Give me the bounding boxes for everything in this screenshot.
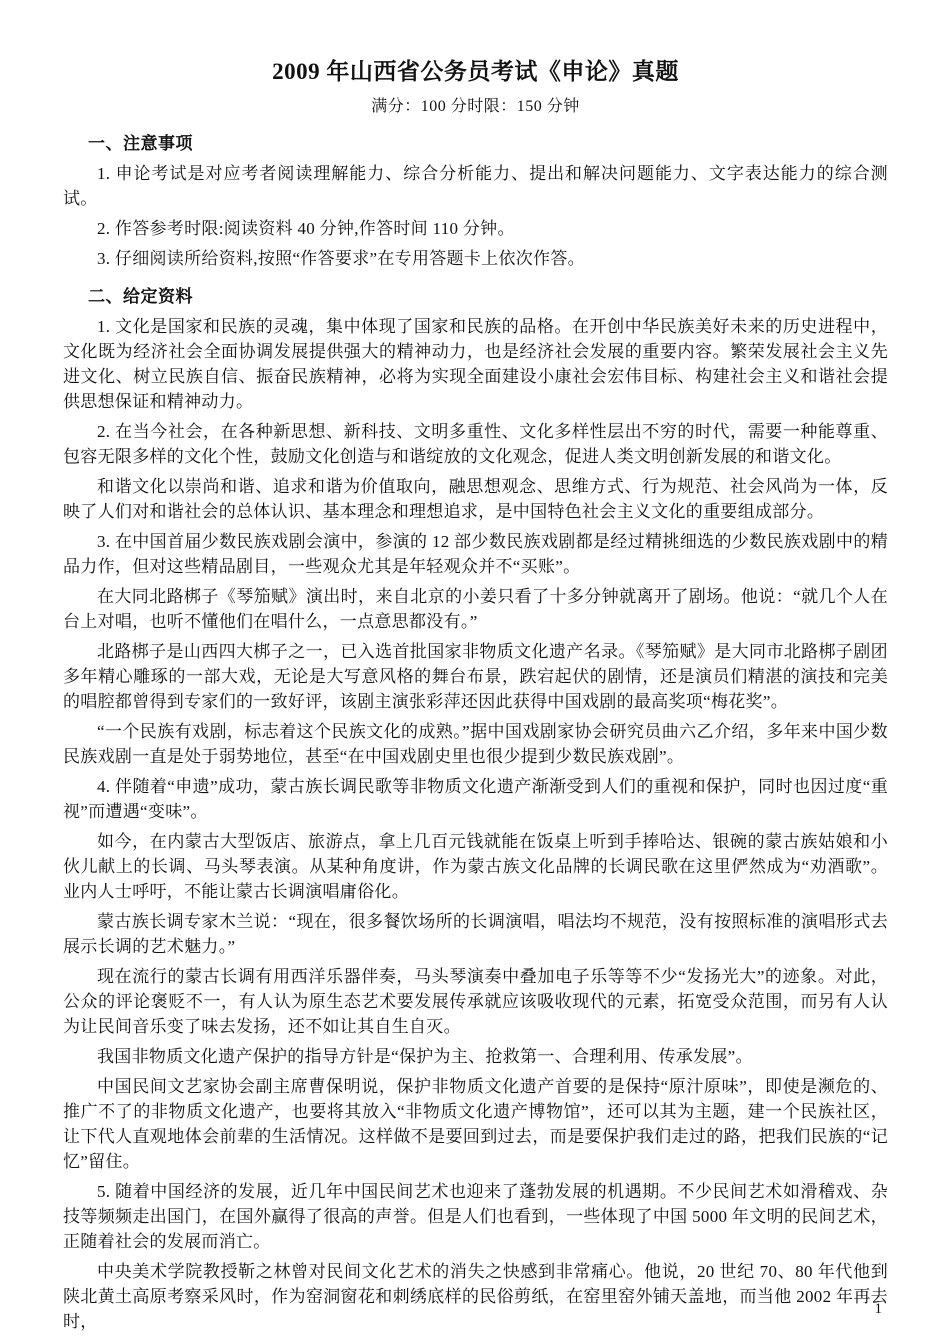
- document-subtitle: 满分：100 分时限：150 分钟: [63, 96, 888, 118]
- material-paragraph-2: 2. 在当今社会，在各种新思想、新科技、文明多重性、文化多样性层出不穷的时代，需…: [63, 419, 888, 469]
- notice-item-1: 1. 申论考试是对应考者阅读理解能力、综合分析能力、提出和解决问题能力、文字表达…: [63, 161, 888, 211]
- section-heading-materials: 二、给定资料: [63, 284, 888, 309]
- material-paragraph-7: “一个民族有戏剧，标志着这个民族文化的成熟。”据中国戏剧家协会研究员曲六乙介绍，…: [63, 719, 888, 769]
- notice-item-3: 3. 仔细阅读所给资料,按照“作答要求”在专用答题卡上依次作答。: [63, 246, 888, 271]
- document-content: 2009 年山西省公务员考试《申论》真题 满分：100 分时限：150 分钟 一…: [0, 0, 950, 1334]
- material-paragraph-10: 蒙古族长调专家木兰说：“现在，很多餐饮场所的长调演唱，唱法均不规范，没有按照标准…: [63, 909, 888, 959]
- material-paragraph-14: 5. 随着中国经济的发展，近几年中国民间艺术也迎来了蓬勃发展的机遇期。不少民间艺…: [63, 1179, 888, 1254]
- section-heading-notice: 一、注意事项: [63, 131, 888, 156]
- material-paragraph-4: 3. 在中国首届少数民族戏剧会演中，参演的 12 部少数民族戏剧都是经过精挑细选…: [63, 529, 888, 579]
- material-paragraph-1: 1. 文化是国家和民族的灵魂，集中体现了国家和民族的品格。在开创中华民族美好未来…: [63, 314, 888, 414]
- material-paragraph-5: 在大同北路梆子《琴笳赋》演出时，来自北京的小姜只看了十多分钟就离开了剧场。他说：…: [63, 584, 888, 634]
- material-paragraph-12: 我国非物质文化遗产保护的指导方针是“保护为主、抢救第一、合理利用、传承发展”。: [63, 1044, 888, 1069]
- page-number: 1: [875, 1300, 883, 1318]
- document-page: 2009 年山西省公务员考试《申论》真题 满分：100 分时限：150 分钟 一…: [0, 0, 950, 1344]
- material-paragraph-13: 中国民间文艺家协会副主席曹保明说，保护非物质文化遗产首要的是保持“原汁原味”，即…: [63, 1074, 888, 1174]
- material-paragraph-15: 中央美术学院教授靳之林曾对民间文化艺术的消失之快感到非常痛心。他说，20 世纪 …: [63, 1259, 888, 1334]
- document-title: 2009 年山西省公务员考试《申论》真题: [63, 56, 888, 88]
- notice-item-2: 2. 作答参考时限:阅读资料 40 分钟,作答时间 110 分钟。: [63, 216, 888, 241]
- material-paragraph-6: 北路梆子是山西四大梆子之一，已入选首批国家非物质文化遗产名录。《琴笳赋》是大同市…: [63, 639, 888, 714]
- material-paragraph-8: 4. 伴随着“申遗”成功，蒙古族长调民歌等非物质文化遗产渐渐受到人们的重视和保护…: [63, 774, 888, 824]
- material-paragraph-3: 和谐文化以崇尚和谐、追求和谐为价值取向，融思想观念、思维方式、行为规范、社会风尚…: [63, 474, 888, 524]
- material-paragraph-9: 如今，在内蒙古大型饭店、旅游点，拿上几百元钱就能在饭桌上听到手捧哈达、银碗的蒙古…: [63, 829, 888, 904]
- material-paragraph-11: 现在流行的蒙古长调有用西洋乐器伴奏，马头琴演奏中叠加电子乐等等不少“发扬光大”的…: [63, 964, 888, 1039]
